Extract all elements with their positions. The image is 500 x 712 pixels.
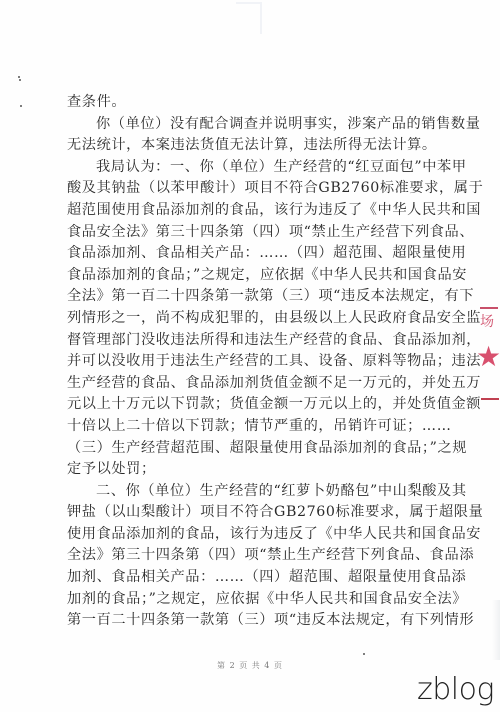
text-line: 酸及其钠盐（以苯甲酸计）项目不符合GB2760标准要求，属于 — [67, 178, 442, 200]
text-line: 并可以没收用于违法生产经营的工具、设备、原料等物品；违法 — [67, 351, 442, 373]
text-line: 全法》第一百二十四条第一款第（三）项“违反本法规定，有下 — [67, 286, 442, 308]
text-line: 十倍以上二十倍以下罚款；情节严重的，吊销许可证；…… — [67, 416, 442, 438]
text-line: 督管理部门没收违法所得和违法生产经营的食品、食品添加剂， — [67, 330, 442, 352]
scan-dot — [18, 76, 20, 78]
text-line: 第一百二十四条第一款第（三）项“违反本法规定，有下列情形 — [67, 610, 442, 632]
star-icon: ★ — [476, 343, 500, 371]
text-line: （三）生产经营超范围、超限量使用食品添加剂的食品；”之规 — [67, 438, 442, 460]
text-line: 加剂、食品相关产品：……（四）超范围、超限量使用食品添 — [67, 567, 442, 589]
document-body: 查条件。 你（单位）没有配合调查并说明事实，涉案产品的销售数量 无法统计，本案违… — [67, 92, 442, 632]
text-line: 食品添加剂的食品；”之规定，应依据《中华人民共和国食品安 — [67, 265, 442, 287]
seal-text: 场 — [480, 311, 494, 331]
text-line: 加剂的食品；”之规定，应依据《中华人民共和国食品安全法》 — [67, 589, 442, 611]
text-line: 使用食品添加剂的食品，该行为违反了《中华人民共和国食品安 — [67, 524, 442, 546]
text-line: 食品安全法》第三十四条第（四）项“禁止生产经营下列食品、 — [67, 222, 442, 244]
document-page: 查条件。 你（单位）没有配合调查并说明事实，涉案产品的销售数量 无法统计，本案违… — [0, 0, 500, 712]
scan-artifact — [236, 2, 262, 34]
text-line: 元以上十万元以下罚款；货值金额一万元以上的，并处货值金额 — [67, 394, 442, 416]
watermark: zblog — [417, 672, 494, 707]
text-line: 我局认为：一、你（单位）生产经营的“红豆面包”中苯甲 — [67, 157, 442, 179]
seal-bar — [481, 398, 499, 400]
scan-dot — [20, 105, 22, 107]
seal-bar — [480, 307, 498, 309]
official-seal: 场 ★ — [478, 303, 500, 403]
text-line: 全法》第三十四条第（四）项“禁止生产经营下列食品、食品添 — [67, 545, 442, 567]
text-line: 钾盐（以山梨酸计）项目不符合GB2760标准要求，属于超限量 — [67, 502, 442, 524]
text-line: 生产经营的食品、食品添加剂货值金额不足一万元的，并处五万 — [67, 373, 442, 395]
text-line: 无法统计，本案违法货值无法计算，违法所得无法计算。 — [67, 135, 442, 157]
text-line: 定予以处罚； — [67, 459, 442, 481]
scan-dot — [363, 653, 365, 655]
text-line: 查条件。 — [67, 92, 442, 114]
scan-dot — [19, 79, 21, 81]
text-line: 食品添加剂、食品相关产品：……（四）超范围、超限量使用 — [67, 243, 442, 265]
page-number: 第 2 页 共 4 页 — [0, 660, 500, 671]
text-line: 超范围使用食品添加剂的食品，该行为违反了《中华人民共和国 — [67, 200, 442, 222]
scan-edge — [492, 600, 500, 660]
text-line: 二、你（单位）生产经营的“红萝卜奶酪包”中山梨酸及其 — [67, 481, 442, 503]
text-line: 你（单位）没有配合调查并说明事实，涉案产品的销售数量 — [67, 114, 442, 136]
text-line: 列情形之一，尚不构成犯罪的，由县级以上人民政府食品安全监 — [67, 308, 442, 330]
